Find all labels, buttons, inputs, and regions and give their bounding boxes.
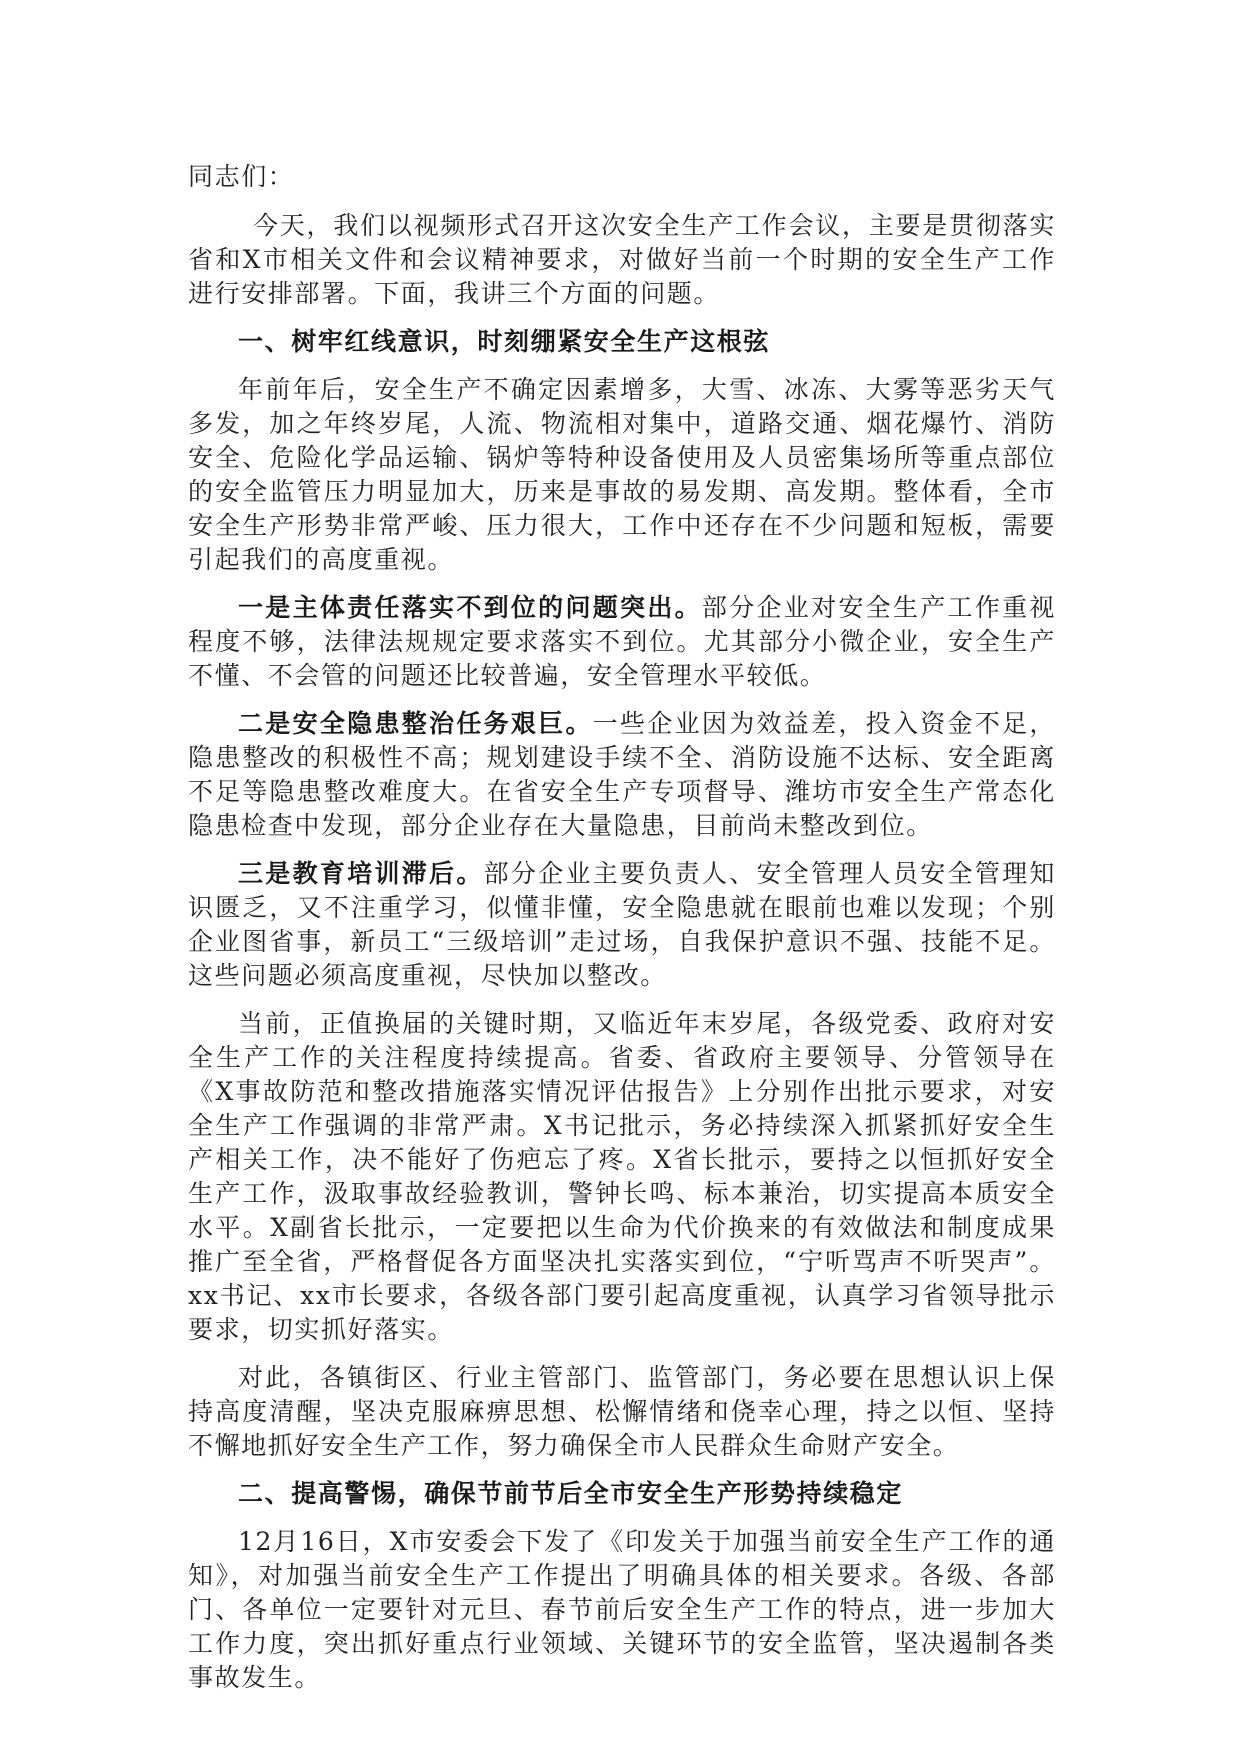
point-2-paragraph: 二是安全隐患整治任务艰巨。一些企业因为效益差，投入资金不足，隐患整改的积极性不高… <box>188 707 1056 843</box>
salutation: 同志们： <box>188 160 1056 194</box>
point-3-paragraph: 三是教育培训滞后。部分企业主要负责人、安全管理人员安全管理知识匮乏，又不注重学习… <box>188 857 1056 993</box>
point-3-lead: 三是教育培训滞后。 <box>238 859 484 888</box>
point-2-lead: 二是安全隐患整治任务艰巨。 <box>238 709 593 738</box>
section-1-conclusion: 对此，各镇街区、行业主管部门、监管部门，务必要在思想认识上保持高度清醒，坚决克服… <box>188 1361 1056 1463</box>
section-2-intro: 12月16日，X市安委会下发了《印发关于加强当前安全生产工作的通知》，对加强当前… <box>188 1525 1056 1695</box>
section-2-heading: 二、提高警惕，确保节前节后全市安全生产形势持续稳定 <box>188 1477 1056 1511</box>
intro-paragraph: 今天，我们以视频形式召开这次安全生产工作会议，主要是贯彻落实省和X市相关文件和会… <box>188 209 1056 311</box>
document-page: 同志们： 今天，我们以视频形式召开这次安全生产工作会议，主要是贯彻落实省和X市相… <box>188 160 1056 1709</box>
current-situation-paragraph: 当前，正值换届的关键时期，又临近年末岁尾，各级党委、政府对安全生产工作的关注程度… <box>188 1007 1056 1347</box>
section-1-heading: 一、树牢红线意识，时刻绷紧安全生产这根弦 <box>188 325 1056 359</box>
point-1-paragraph: 一是主体责任落实不到位的问题突出。部分企业对安全生产工作重视程度不够，法律法规规… <box>188 591 1056 693</box>
point-1-lead: 一是主体责任落实不到位的问题突出。 <box>238 593 702 622</box>
section-1-overview: 年前年后，安全生产不确定因素增多，大雪、冰冻、大雾等恶劣天气多发，加之年终岁尾，… <box>188 373 1056 577</box>
